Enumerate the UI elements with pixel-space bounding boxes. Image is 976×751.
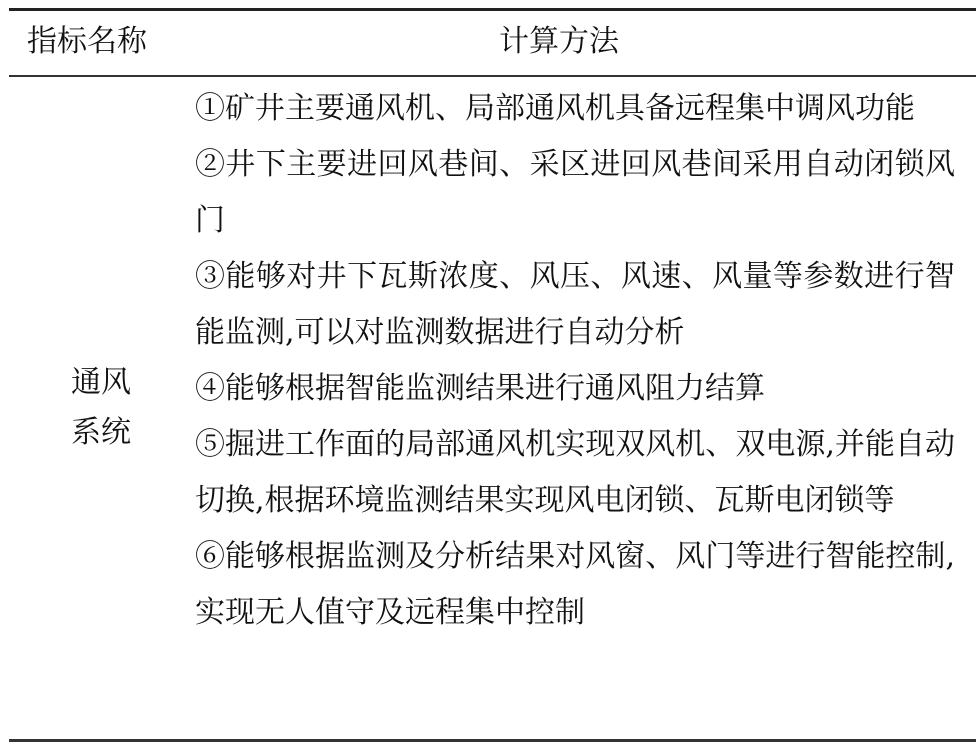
method-item-2: ②井下主要进回风巷间、采区进回风巷间采用自动闭锁风门 xyxy=(195,137,955,249)
table-header-rule xyxy=(9,75,976,77)
method-item-6: ⑥能够根据监测及分析结果对风窗、风门等进行智能控制,实现无人值守及远程集中控制 xyxy=(195,529,955,641)
method-item-3: ③能够对井下瓦斯浓度、风压、风速、风量等参数进行智能监测,可以对监测数据进行自动… xyxy=(195,249,955,361)
method-item-1: ①矿井主要通风机、局部通风机具备远程集中调风功能 xyxy=(195,81,955,137)
header-calculation-method: 计算方法 xyxy=(499,22,619,62)
method-list: ①矿井主要通风机、局部通风机具备远程集中调风功能 ②井下主要进回风巷间、采区进回… xyxy=(195,81,955,641)
table-bottom-rule xyxy=(9,739,976,742)
header-indicator-name: 指标名称 xyxy=(27,22,147,62)
row-name-line-2: 系统 xyxy=(61,408,141,458)
row-indicator-name: 通风 系统 xyxy=(61,358,141,458)
table-top-rule xyxy=(9,8,976,11)
row-name-line-1: 通风 xyxy=(61,358,141,408)
method-item-5: ⑤掘进工作面的局部通风机实现双风机、双电源,并能自动切换,根据环境监测结果实现风… xyxy=(195,417,955,529)
method-item-4: ④能够根据智能监测结果进行通风阻力结算 xyxy=(195,361,955,417)
